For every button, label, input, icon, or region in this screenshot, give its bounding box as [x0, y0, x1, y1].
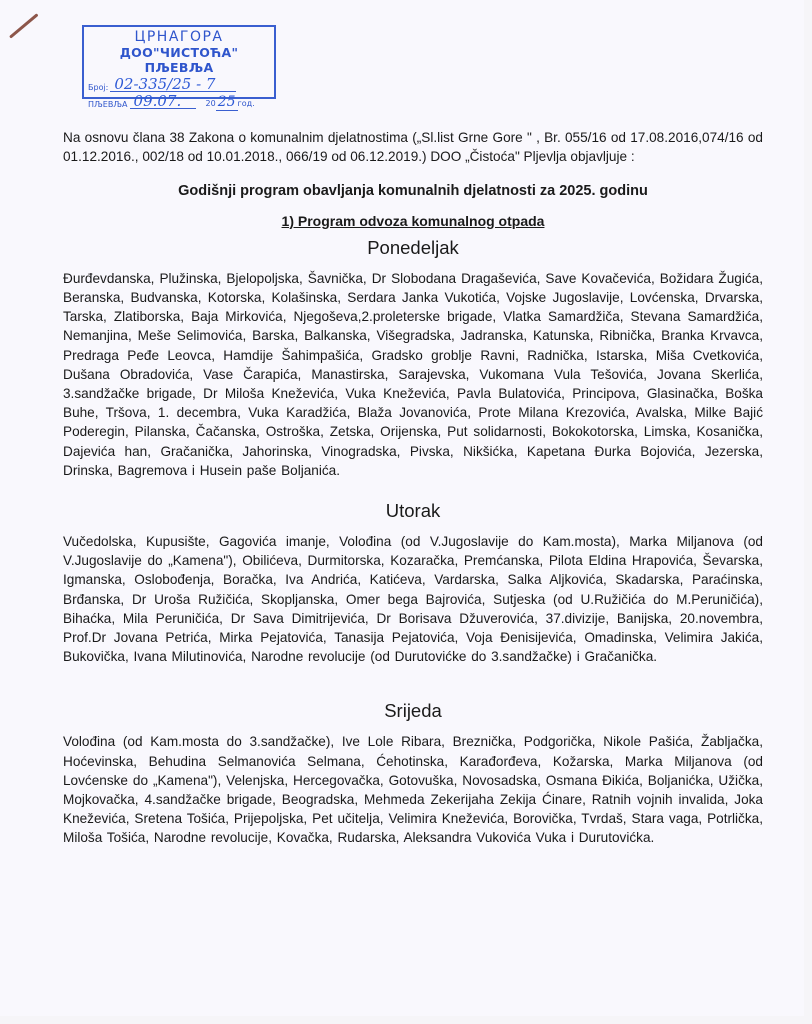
stamp-date-row: ПЉЕВЉА 09.07. 2025год.	[88, 92, 274, 109]
street-list-wednesday: Volođina (od Kam.mosta do 3.sandžačke), …	[63, 732, 763, 847]
document-title: Godišnji program obavljanja komunalnih d…	[63, 182, 763, 201]
document-body: Na osnovu člana 38 Zakona o komunalnim d…	[63, 128, 763, 848]
section-title: 1) Program odvoza komunalnog otpada	[63, 212, 763, 231]
registry-stamp: ЦРНАГОРА ДОО"ЧИСТОЋА" ПЉЕВЉА Број: 02-33…	[82, 25, 276, 99]
stamp-place-label: ПЉЕВЉА	[88, 100, 128, 109]
stamp-number-row: Број: 02-335/25 - 7	[88, 75, 274, 92]
stamp-year-suffix: 25	[216, 94, 238, 111]
stamp-number-value: 02-335/25 - 7	[110, 77, 236, 92]
section-title-text: 1) Program odvoza komunalnog otpada	[282, 213, 545, 229]
stamp-year-label: год.	[238, 99, 255, 108]
stamp-date-value: 09.07.	[130, 94, 196, 109]
stamp-year-prefix: 20	[206, 99, 216, 108]
stamp-number-label: Број:	[88, 83, 108, 92]
stamp-company: ДОО"ЧИСТОЋА" ПЉЕВЉА	[84, 45, 274, 75]
day-heading-wednesday: Srijeda	[63, 700, 763, 722]
day-heading-monday: Ponedeljak	[63, 237, 763, 259]
street-list-tuesday: Vučedolska, Kupusište, Gagovića imanje, …	[63, 532, 763, 666]
intro-paragraph: Na osnovu člana 38 Zakona o komunalnim d…	[63, 128, 763, 166]
street-list-monday: Đurđevdanska, Plužinska, Bjelopoljska, Š…	[63, 269, 763, 480]
stamp-country: ЦРНАГОРА	[84, 29, 274, 45]
stamp-year: 2025год.	[206, 95, 255, 109]
day-heading-tuesday: Utorak	[63, 500, 763, 522]
